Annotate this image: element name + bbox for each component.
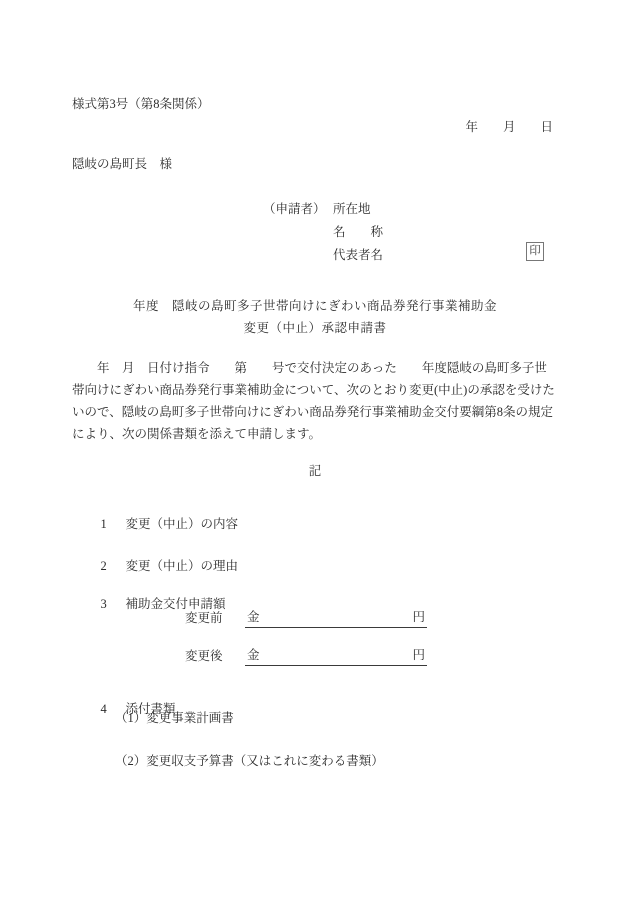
item-number: 1 <box>101 518 111 531</box>
record-heading: 記 <box>0 465 630 478</box>
body-paragraph-line: いので、隠岐の島町多子世帯向けにぎわい商品券発行事業補助金交付要綱第8条の規定 <box>72 406 572 419</box>
amount-before-label: 変更前 <box>185 612 223 625</box>
form-number: 様式第3号（第8条関係） <box>72 98 210 111</box>
list-item-change-content: 1変更（中止）の内容 <box>88 505 238 543</box>
document-title-line2: 変更（中止）承認申請書 <box>0 322 630 335</box>
document-title-line1: 年度 隠岐の島町多子世帯向けにぎわい商品券発行事業補助金 <box>0 300 630 313</box>
item-number: 2 <box>101 560 111 573</box>
amount-after-label: 変更後 <box>185 650 223 663</box>
body-paragraph-line: 年 月 日付け指令 第 号で交付決定のあった 年度隠岐の島町多子世 <box>72 362 572 375</box>
seal-stamp-box: 印 <box>526 242 544 261</box>
list-item-change-reason: 2変更（中止）の理由 <box>88 547 238 585</box>
yen-suffix: 円 <box>412 611 427 624</box>
addressee-line: 隠岐の島町長 様 <box>72 158 172 171</box>
body-paragraph-line: 帯向けにぎわい商品券発行事業補助金について、次のとおり変更(中止)の承認を受けた <box>72 384 572 397</box>
document-page: 様式第3号（第8条関係） 年 月 日 隠岐の島町長 様 （申請者） 所在地 名 … <box>0 0 630 915</box>
amount-before-blank-field: 金 円 <box>245 611 427 628</box>
applicant-representative-label: 代表者名 <box>333 249 383 262</box>
applicant-name-label: 名 称 <box>333 226 383 239</box>
yen-suffix: 円 <box>412 649 427 662</box>
item-number: 4 <box>101 703 111 716</box>
amount-after-blank-field: 金 円 <box>245 649 427 666</box>
applicant-address-label: 所在地 <box>333 203 371 216</box>
yen-prefix: 金 <box>245 649 260 662</box>
item-label: 変更（中止）の内容 <box>126 517 239 531</box>
item-label: 補助金交付申請額 <box>126 597 226 611</box>
applicant-label: （申請者） <box>263 203 326 216</box>
item-label: 変更（中止）の理由 <box>126 559 239 573</box>
attachment-item-plan: （1）変更事業計画書 <box>115 712 234 725</box>
date-blank-line: 年 月 日 <box>465 121 553 134</box>
body-paragraph-line: により、次の関係書類を添えて申請します。 <box>72 428 572 441</box>
attachment-item-budget: （2）変更収支予算書（又はこれに変わる書類） <box>115 755 384 768</box>
item-number: 3 <box>101 598 111 611</box>
yen-prefix: 金 <box>245 611 260 624</box>
